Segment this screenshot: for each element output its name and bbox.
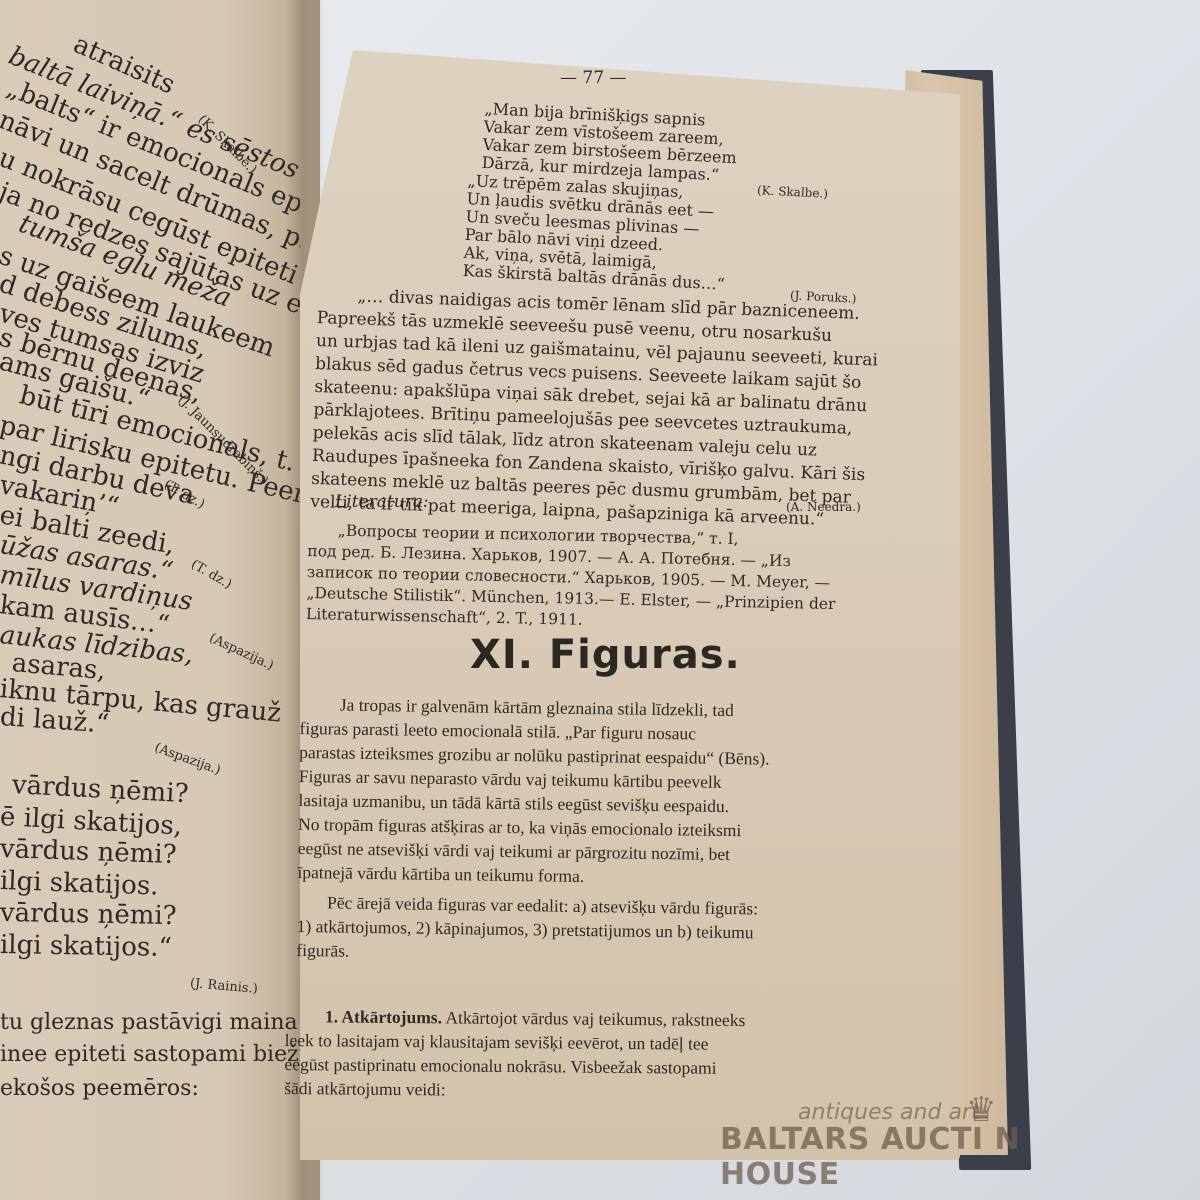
left-line: di lauž.“ [0, 702, 110, 740]
left-line: vārdus ņēmi? [0, 834, 177, 870]
poem-skalbe: „Man bija brīnišķigs sapnis Vakar zem vī… [481, 100, 739, 185]
paragraph-line: Atkārtojot vārdus vaj teikumus, rakstnee… [442, 1007, 745, 1030]
section-title: 1. Atkārtojums. [325, 1006, 442, 1027]
citation: (J. Rainis.) [189, 976, 258, 997]
auction-house-watermark: antiques and art ♛ BALTARS AUCTI N HOUSE [720, 1100, 1140, 1180]
literatura-label: Literatura: [335, 492, 429, 512]
literatura-list: „Вопросы теории и психологии творчества,… [306, 520, 837, 636]
left-line: vārdus ņēmi? [0, 898, 177, 931]
paragraph-line: šādi atkārtojumu veidi: [284, 1076, 745, 1104]
chapter-heading: XI. Figuras. [470, 632, 741, 678]
left-line: tu gleznas pastāvigi maina [0, 1010, 298, 1035]
left-line: ilgi skatijos.“ [0, 930, 172, 963]
left-line: inee epiteti sastopami bieži [0, 1042, 300, 1067]
citation: (Aspazija.) [152, 740, 222, 778]
left-line: ekošos peemēros: [0, 1076, 199, 1101]
citation: (A. Needra.) [786, 500, 861, 514]
left-page: atraisits baltā laiviņā.“ es sēstos „bal… [0, 0, 320, 1200]
page-number: — 77 — [560, 68, 626, 88]
citation: (T. dz.) [188, 557, 234, 592]
watermark-title: BALTARS AUCTI N HOUSE [720, 1122, 1140, 1192]
left-line: ilgi skatijos. [0, 866, 159, 902]
citation: (Aspazija.) [207, 631, 276, 674]
left-page-text: atraisits baltā laiviņā.“ es sēstos „bal… [0, 0, 300, 1200]
paragraph-intro: Ja tropas ir galvenām kārtām gleznaina s… [296, 692, 770, 969]
poem-poruks: „Uz trēpēm zalas skujiņas, Un ļaudis svē… [462, 172, 730, 294]
section-atkartojums: 1. Atkārtojums. Atkārtojot vārdus vaj te… [284, 1004, 745, 1104]
